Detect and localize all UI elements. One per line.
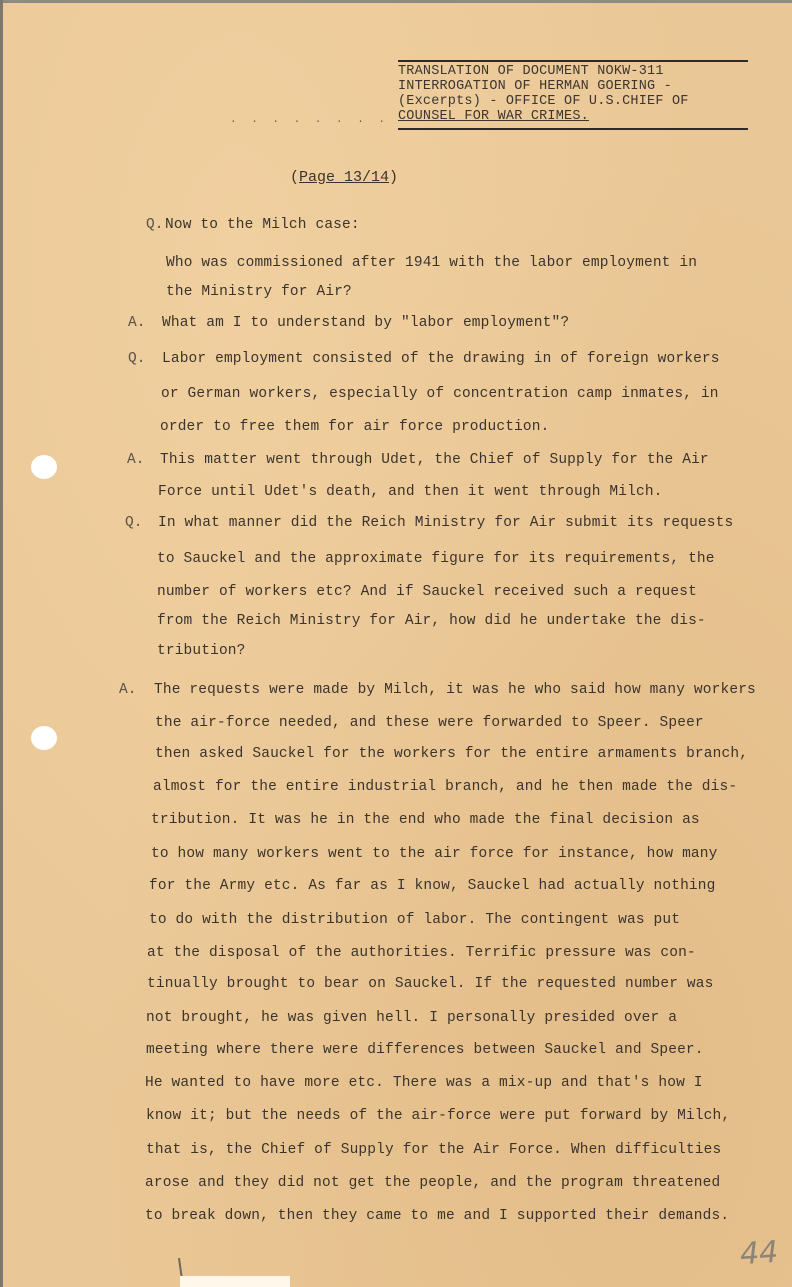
typewriter-dots: . . . . . . . . <box>230 114 389 126</box>
text-line: that is, the Chief of Supply for the Air… <box>146 1142 721 1158</box>
text-line: not brought, he was given hell. I person… <box>146 1010 677 1026</box>
text-line: Force until Udet's death, and then it we… <box>158 484 663 500</box>
punch-hole-top <box>31 455 57 479</box>
text-line: the Ministry for Air? <box>166 284 352 300</box>
document-page: TRANSLATION OF DOCUMENT NOKW-311 INTERRO… <box>0 0 792 1287</box>
stamp-fragment <box>180 1276 290 1287</box>
text-line: order to free them for air force product… <box>160 419 549 435</box>
answer-marker: A. <box>119 682 136 698</box>
text-line: Who was commissioned after 1941 with the… <box>166 255 697 271</box>
question-marker: Q. <box>128 351 145 367</box>
text-line: to how many workers went to the air forc… <box>151 846 718 862</box>
text-line: for the Army etc. As far as I know, Sauc… <box>149 878 716 894</box>
text-line: What am I to understand by "labor employ… <box>162 315 569 331</box>
scan-top-edge <box>0 0 792 3</box>
text-line: Labor employment consisted of the drawin… <box>162 351 720 367</box>
text-line: number of workers etc? And if Sauckel re… <box>157 584 697 600</box>
text-line: tinually brought to bear on Sauckel. If … <box>147 976 714 992</box>
punch-hole-bottom <box>31 726 57 750</box>
text-line: to Sauckel and the approximate figure fo… <box>157 551 715 567</box>
page-ref-label: Page 13/14 <box>299 169 389 186</box>
question-marker: Q. <box>146 217 163 233</box>
text-line: know it; but the needs of the air-force … <box>146 1108 730 1124</box>
header-line: COUNSEL FOR WAR CRIMES. <box>398 109 748 124</box>
text-line: or German workers, especially of concent… <box>161 386 719 402</box>
document-header: TRANSLATION OF DOCUMENT NOKW-311 INTERRO… <box>398 60 748 130</box>
text-line: Now to the Milch case: <box>165 217 360 233</box>
text-line: He wanted to have more etc. There was a … <box>145 1075 703 1091</box>
question-marker: Q. <box>125 515 142 531</box>
text-line: arose and they did not get the people, a… <box>145 1175 720 1191</box>
text-line: to do with the distribution of labor. Th… <box>149 912 680 928</box>
scan-left-edge <box>0 0 3 1287</box>
text-line: from the Reich Ministry for Air, how did… <box>157 613 706 629</box>
answer-marker: A. <box>128 315 145 331</box>
text-line: the air-force needed, and these were for… <box>155 715 704 731</box>
text-line: almost for the entire industrial branch,… <box>153 779 737 795</box>
page-ref-open: ( <box>290 169 299 186</box>
text-line: meeting where there were differences bet… <box>146 1042 704 1058</box>
page-ref-close: ) <box>389 169 398 186</box>
header-line: (Excerpts) - OFFICE OF U.S.CHIEF OF <box>398 94 748 109</box>
text-line: In what manner did the Reich Ministry fo… <box>158 515 733 531</box>
text-line: then asked Sauckel for the workers for t… <box>155 746 748 762</box>
answer-marker: A. <box>127 452 144 468</box>
header-line: INTERROGATION OF HERMAN GOERING - <box>398 79 748 94</box>
text-line: to break down, then they came to me and … <box>145 1208 729 1224</box>
text-line: The requests were made by Milch, it was … <box>154 682 756 698</box>
header-line: TRANSLATION OF DOCUMENT NOKW-311 <box>398 64 748 79</box>
handwritten-page-number: 44 <box>739 1235 780 1273</box>
text-line: tribution? <box>157 643 246 659</box>
text-line: tribution. It was he in the end who made… <box>151 812 700 828</box>
text-line: at the disposal of the authorities. Terr… <box>147 945 696 961</box>
page-reference: (Page 13/14) <box>290 169 398 186</box>
text-line: This matter went through Udet, the Chief… <box>160 452 709 468</box>
